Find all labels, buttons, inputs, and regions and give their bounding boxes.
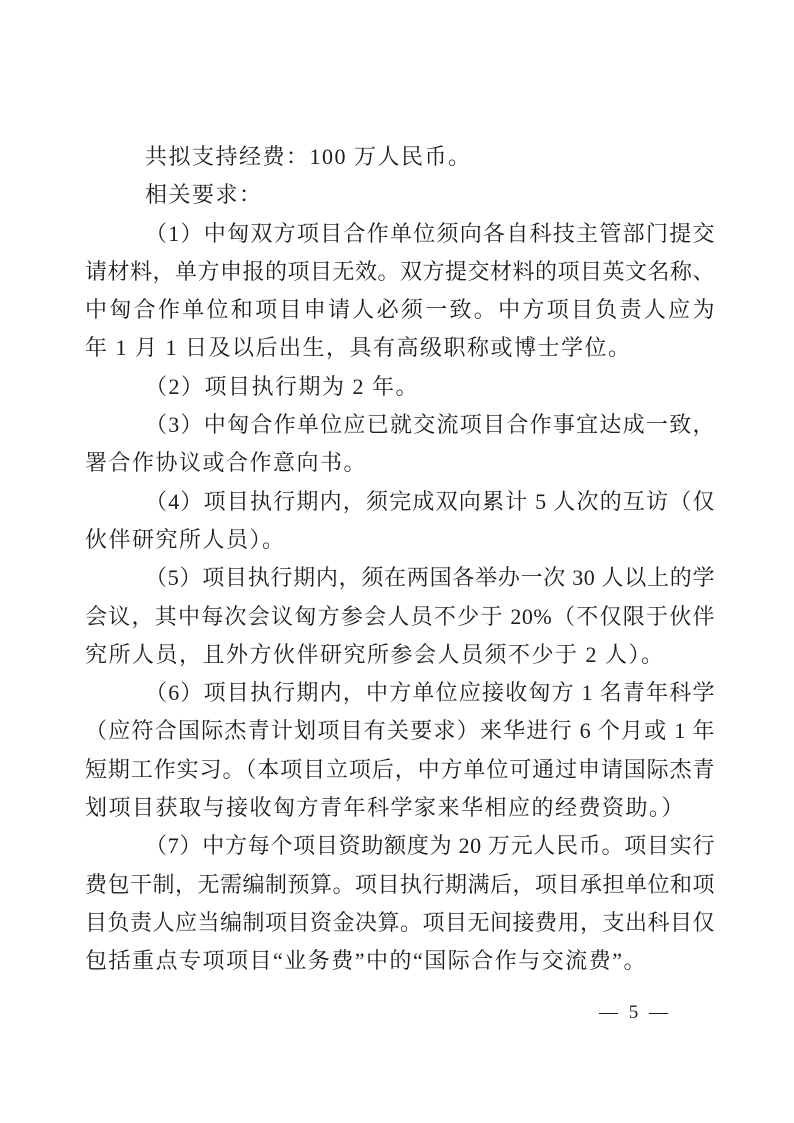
text-line: （1）中匈双方项目合作单位须向各自科技主管部门提交申 bbox=[85, 215, 715, 253]
document-body: 共拟支持经费：100 万人民币。相关要求：（1）中匈双方项目合作单位须向各自科技… bbox=[85, 138, 715, 981]
text-line: 署合作协议或合作意向书。 bbox=[85, 444, 715, 482]
document-page: 共拟支持经费：100 万人民币。相关要求：（1）中匈双方项目合作单位须向各自科技… bbox=[0, 0, 794, 1123]
paragraph: （4）项目执行期内，须完成双向累计 5 人次的互访（仅限伙伴研究所人员）。 bbox=[85, 483, 715, 560]
text-line: 伙伴研究所人员）。 bbox=[85, 521, 715, 559]
paragraph: 共拟支持经费：100 万人民币。 bbox=[85, 138, 715, 176]
text-line: 目负责人应当编制项目资金决算。项目无间接费用，支出科目仅 bbox=[85, 904, 715, 942]
paragraph: （6）项目执行期内，中方单位应接收匈方 1 名青年科学家（应符合国际杰青计划项目… bbox=[85, 674, 715, 827]
page-number: — 5 — bbox=[575, 1000, 695, 1026]
text-line: 划项目获取与接收匈方青年科学家来华相应的经费资助。） bbox=[85, 789, 715, 827]
text-line: （5）项目执行期内，须在两国各举办一次 30 人以上的学术 bbox=[85, 559, 715, 597]
text-line: 包括重点专项项目“业务费”中的“国际合作与交流费”。 bbox=[85, 942, 715, 980]
text-line: （6）项目执行期内，中方单位应接收匈方 1 名青年科学家 bbox=[85, 674, 715, 712]
paragraph: （2）项目执行期为 2 年。 bbox=[85, 368, 715, 406]
text-line: （应符合国际杰青计划项目有关要求）来华进行 6 个月或 1 年的 bbox=[85, 712, 715, 750]
paragraph: （7）中方每个项目资助额度为 20 万元人民币。项目实行经费包干制，无需编制预算… bbox=[85, 827, 715, 980]
text-line: （7）中方每个项目资助额度为 20 万元人民币。项目实行经 bbox=[85, 827, 715, 865]
text-line: 共拟支持经费：100 万人民币。 bbox=[85, 138, 715, 176]
text-line: 请材料，单方申报的项目无效。双方提交材料的项目英文名称、 bbox=[85, 253, 715, 291]
text-line: 相关要求： bbox=[85, 176, 715, 214]
text-line: 费包干制，无需编制预算。项目执行期满后，项目承担单位和项 bbox=[85, 866, 715, 904]
text-line: 会议，其中每次会议匈方参会人员不少于 20%（不仅限于伙伴研 bbox=[85, 598, 715, 636]
paragraph: （1）中匈双方项目合作单位须向各自科技主管部门提交申请材料，单方申报的项目无效。… bbox=[85, 215, 715, 368]
text-line: （4）项目执行期内，须完成双向累计 5 人次的互访（仅限 bbox=[85, 483, 715, 521]
text-line: 年 1 月 1 日及以后出生，具有高级职称或博士学位。 bbox=[85, 329, 715, 367]
text-line: （3）中匈合作单位应已就交流项目合作事宜达成一致，并签 bbox=[85, 406, 715, 444]
paragraph: 相关要求： bbox=[85, 176, 715, 214]
text-line: 短期工作实习。（本项目立项后，中方单位可通过申请国际杰青计 bbox=[85, 751, 715, 789]
paragraph: （3）中匈合作单位应已就交流项目合作事宜达成一致，并签署合作协议或合作意向书。 bbox=[85, 406, 715, 483]
paragraph: （5）项目执行期内，须在两国各举办一次 30 人以上的学术会议，其中每次会议匈方… bbox=[85, 559, 715, 674]
text-line: 究所人员，且外方伙伴研究所参会人员须不少于 2 人）。 bbox=[85, 636, 715, 674]
text-line: （2）项目执行期为 2 年。 bbox=[85, 368, 715, 406]
text-line: 中匈合作单位和项目申请人必须一致。中方项目负责人应为 1965 bbox=[85, 291, 715, 329]
